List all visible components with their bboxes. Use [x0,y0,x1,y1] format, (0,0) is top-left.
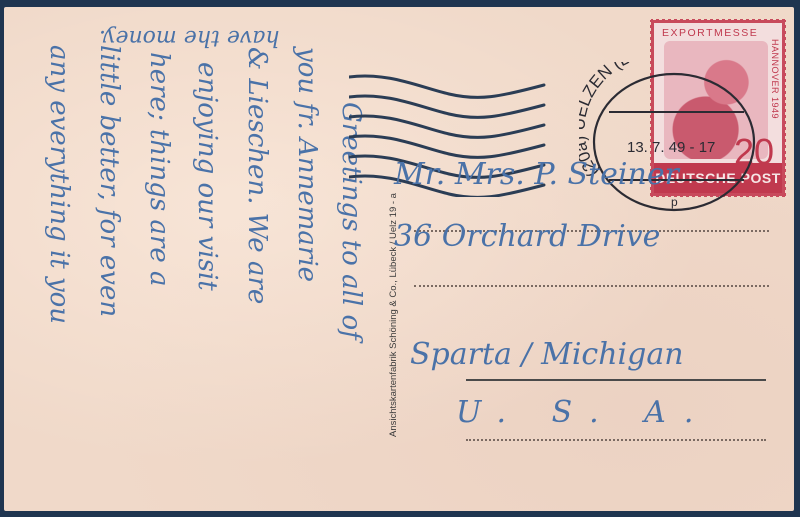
message-line: you fr. Annemarie [292,47,322,282]
message-line: any everything it you [44,45,74,324]
address-underline [466,379,766,381]
postmark-date: 13. 7. 49 - 17 [627,139,715,156]
postmark-letter: p [671,195,678,209]
postcard: have the money. Greetings to all of you … [4,7,794,511]
message-line: here; things are a [144,52,174,287]
address-line-name: Mr. Mrs. P. Steiner [394,157,679,192]
address-line-city: Sparta / Michigan [410,337,684,372]
stamp-title: EXPORTMESSE [662,27,758,39]
address-line-street: 36 Orchard Drive [394,219,660,254]
address-dotted-line [414,285,769,287]
address-dotted-line [466,439,766,441]
message-line: enjoying our visit [192,62,222,291]
stamp-side-text: HANNOVER 1949 [770,39,780,119]
address-line-country: U. S. A. [456,395,711,430]
message-line: & Lieschen. We are [242,47,272,304]
message-line: little better, for even [94,45,124,317]
